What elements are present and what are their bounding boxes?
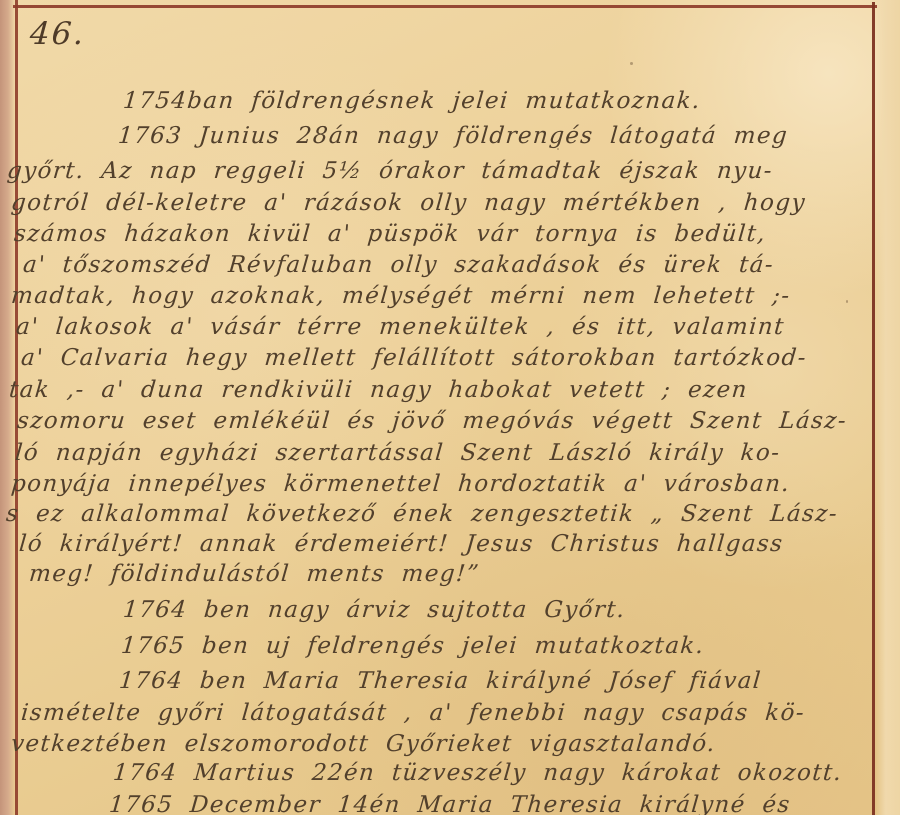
manuscript-line: meg! földindulástól ments meg!” — [28, 561, 481, 587]
manuscript-line: 1765 December 14én Maria Theresia király… — [108, 792, 792, 815]
manuscript-line: gotról dél-keletre a' rázások olly nagy … — [10, 190, 807, 216]
ink-speck — [630, 62, 633, 65]
manuscript-line: 1765 ben uj feldrengés jelei mutatkoztak… — [120, 633, 706, 659]
manuscript-line: győrt. Az nap reggeli 5½ órakor támadtak… — [6, 158, 774, 184]
page-number: 46. — [29, 16, 87, 52]
manuscript-line: s ez alkalommal következő ének zengeszte… — [5, 501, 839, 527]
manuscript-line: 1764 ben Maria Theresia királyné Jósef f… — [118, 668, 763, 694]
ink-speck — [846, 300, 848, 303]
manuscript-line: 1764 ben nagy árviz sujtotta Győrt. — [122, 597, 627, 623]
manuscript-line: számos házakon kivül a' püspök vár torny… — [13, 221, 767, 247]
manuscript-line: 1754ban földrengésnek jelei mutatkoznak. — [122, 88, 702, 114]
ruled-frame-right-line — [872, 2, 875, 815]
manuscript-line: ponyája innepélyes körmenettel hordoztat… — [10, 471, 791, 497]
page-margin-right — [876, 0, 900, 815]
manuscript-line: ló napján egyházi szertartással Szent Lá… — [14, 440, 782, 466]
manuscript-line: ismételte győri látogatását , a' fenebbi… — [20, 700, 806, 726]
manuscript-line: vetkeztében elszomorodott Győrieket viga… — [10, 731, 717, 757]
ink-speck — [208, 232, 210, 234]
manuscript-line: 1764 Martius 22én tüzveszély nagy károka… — [112, 760, 844, 786]
manuscript-line: a' tőszomszéd Révfaluban olly szakadások… — [22, 252, 775, 278]
manuscript-line: ló királyért! annak érdemeiért! Jesus Ch… — [18, 531, 785, 557]
manuscript-line: madtak, hogy azoknak, mélységét mérni ne… — [10, 283, 792, 309]
manuscript-line: 1763 Junius 28án nagy földrengés látogat… — [117, 123, 789, 149]
page-scan-edge-left — [0, 0, 15, 815]
manuscript-line: a' Calvaria hegy mellett felállított sát… — [20, 345, 808, 371]
ruled-frame-top-line — [13, 5, 877, 8]
manuscript-line: a' lakosok a' vásár térre menekültek , é… — [15, 314, 786, 340]
manuscript-line: szomoru eset emlékéül és jövő megóvás vé… — [16, 408, 848, 434]
manuscript-line: tak ,- a' duna rendkivüli nagy habokat v… — [8, 377, 749, 403]
ink-speck — [557, 148, 559, 150]
manuscript-page: 46. 1754ban földrengésnek jelei mutatkoz… — [0, 0, 900, 815]
